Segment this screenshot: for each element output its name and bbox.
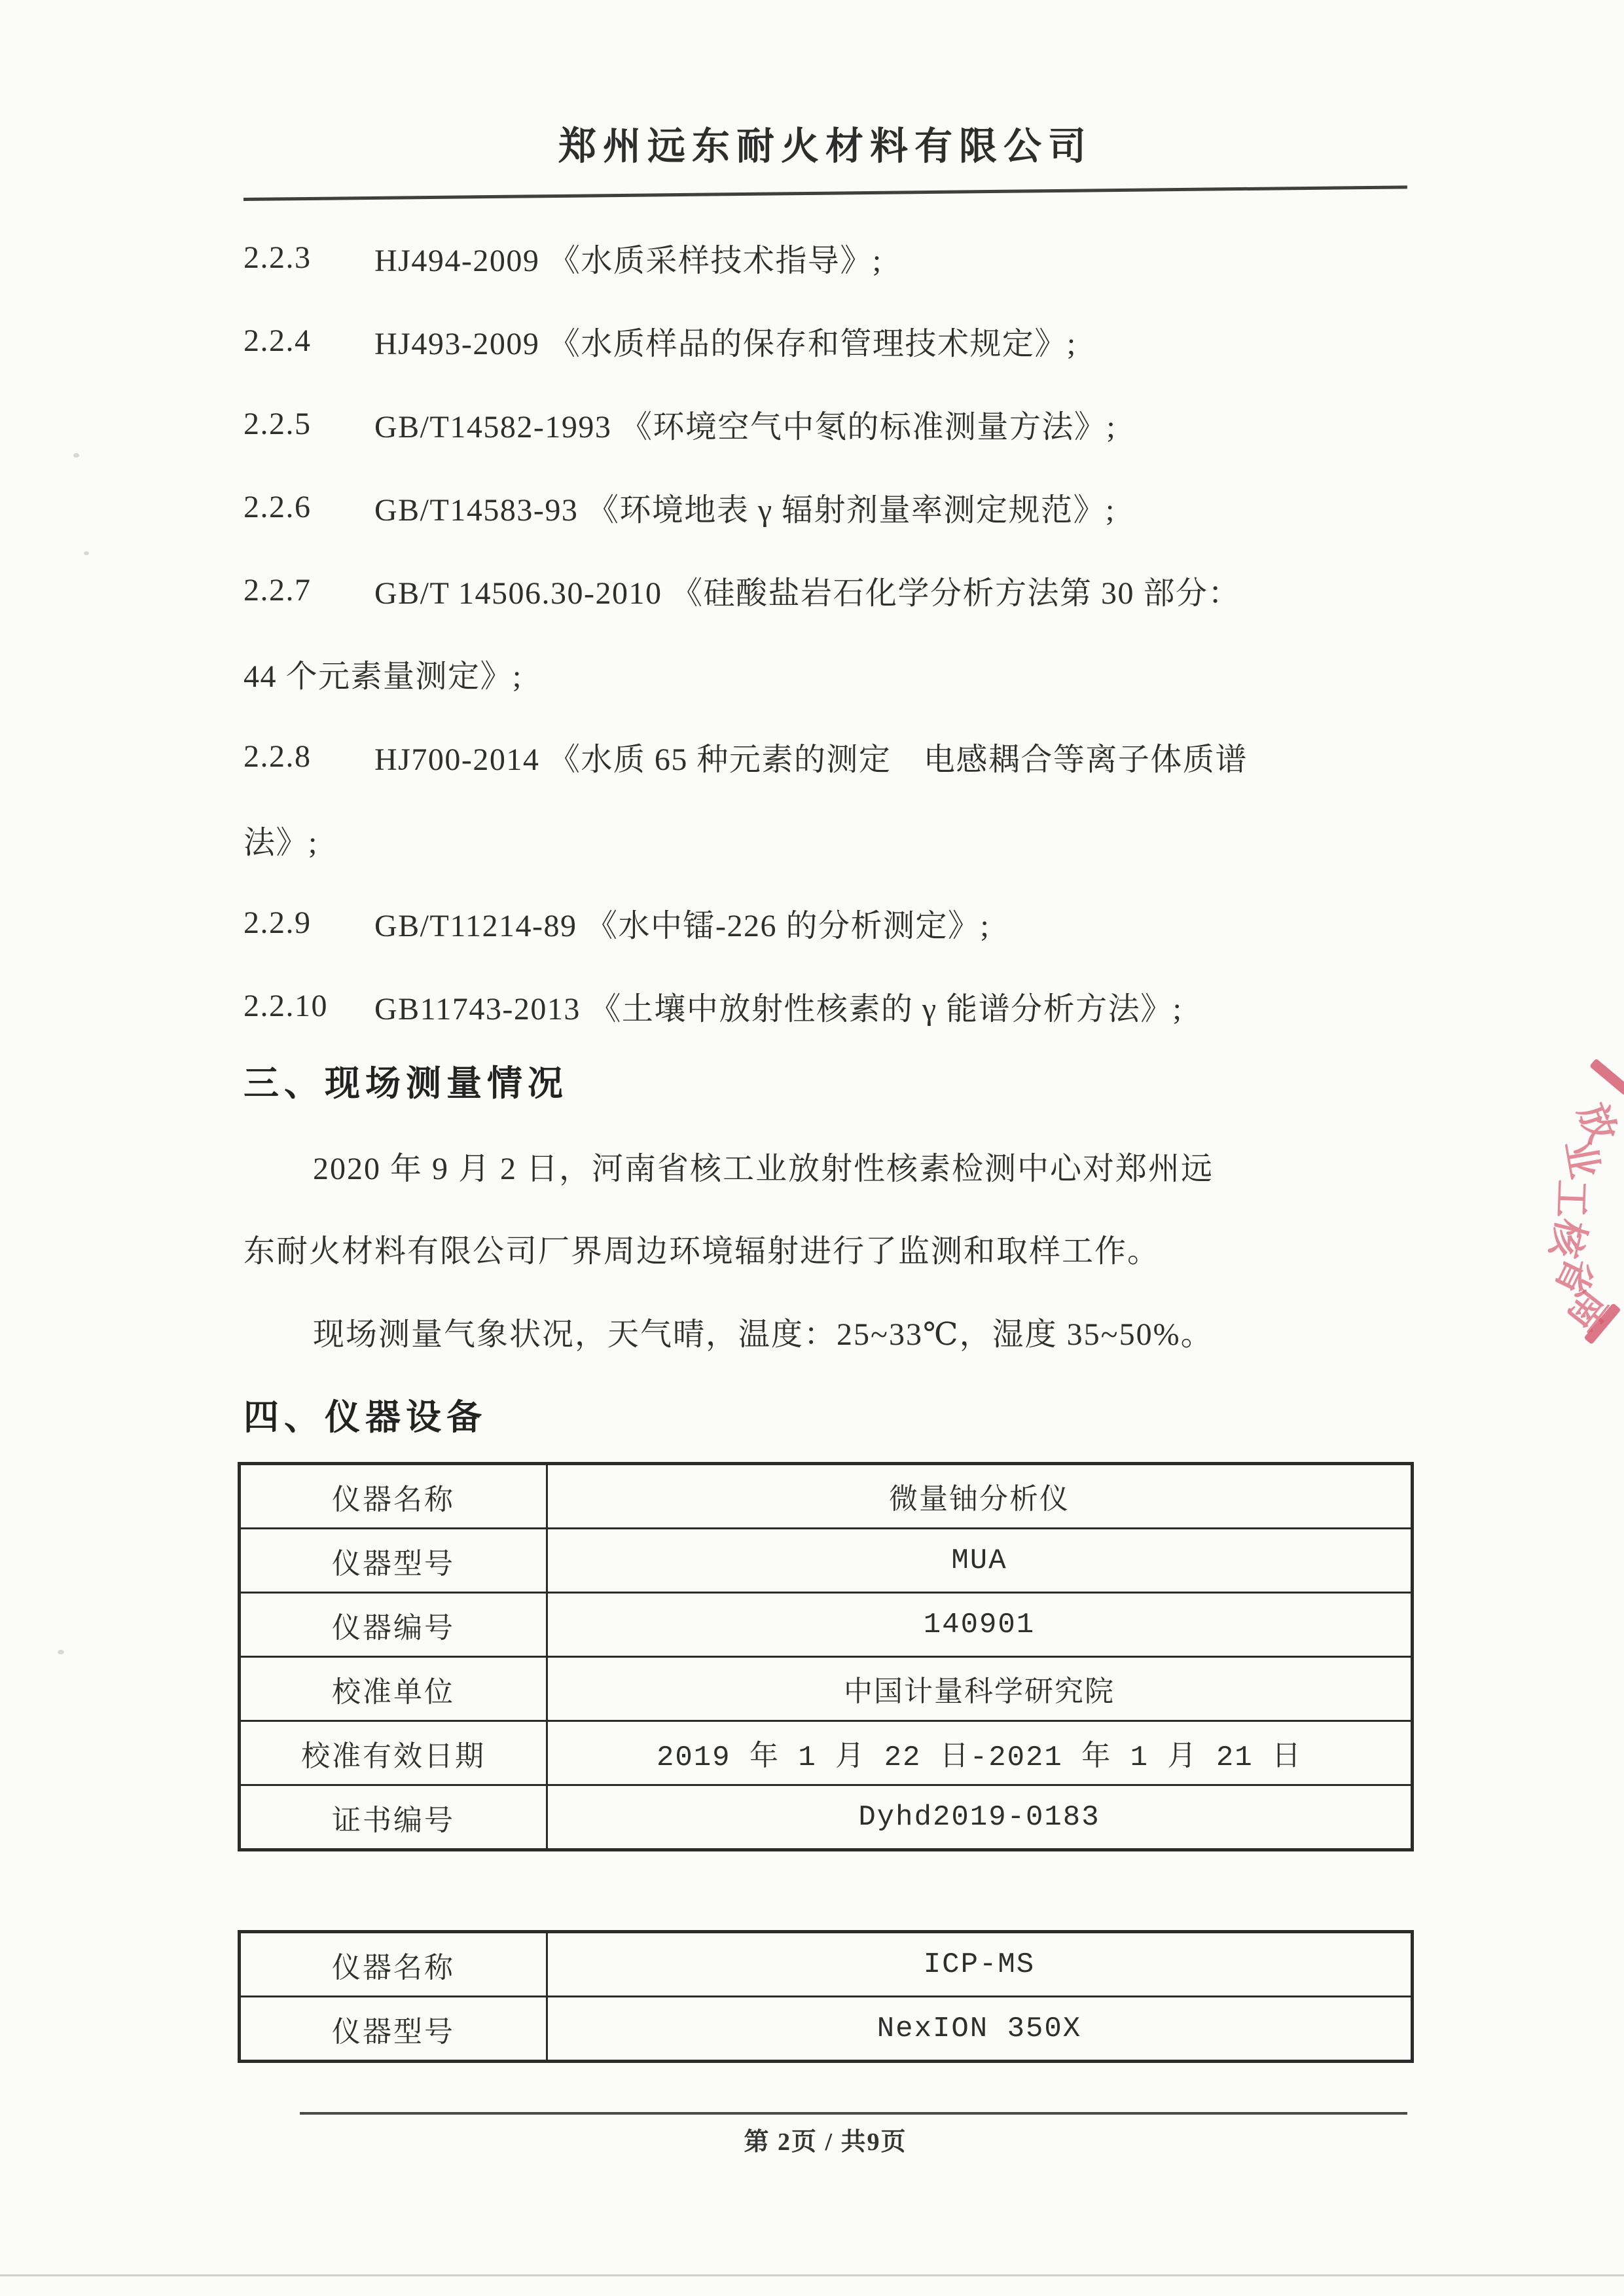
item-text: GB/T11214-89 《水中镭-226 的分析测定》; (374, 900, 990, 945)
standard-item-continuation: 法》; (244, 798, 1422, 881)
table-row: 仪器名称 微量铀分析仪 (240, 1464, 1413, 1529)
item-number: 2.2.7 (244, 572, 374, 608)
standard-item-continuation: 44 个元素量测定》; (244, 632, 1422, 715)
row-value: 中国计量科学研究院 (547, 1657, 1413, 1721)
section4-heading: 四、仪器设备 (244, 1389, 487, 1440)
seal-character: 业 (1555, 1135, 1616, 1182)
item-text: GB11743-2013 《土壤中放射性核素的 γ 能谱分析方法》; (374, 983, 1182, 1029)
item-text: 法》; (244, 817, 318, 862)
row-label: 仪器型号 (240, 1997, 547, 2062)
row-value: Dyhd2019-0183 (547, 1785, 1413, 1850)
item-text: GB/T 14506.30-2010 《硅酸盐岩石化学分析方法第 30 部分： (374, 568, 1240, 613)
table-row: 校准单位 中国计量科学研究院 (240, 1657, 1413, 1721)
table-row: 仪器编号 140901 (240, 1593, 1413, 1657)
item-number: 2.2.5 (244, 406, 374, 442)
row-value: 微量铀分析仪 (547, 1464, 1413, 1529)
row-value: ICP-MS (547, 1932, 1413, 1997)
standards-list: 2.2.3 HJ494-2009 《水质采样技术指导》; 2.2.4 HJ493… (244, 216, 1422, 1048)
standard-item: 2.2.4 HJ493-2009 《水质样品的保存和管理技术规定》; (244, 299, 1422, 382)
item-text: GB/T14582-1993 《环境空气中氡的标准测量方法》; (374, 401, 1116, 446)
item-number: 2.2.4 (244, 323, 374, 359)
table-row: 证书编号 Dyhd2019-0183 (240, 1785, 1413, 1850)
section3-heading: 三、现场测量情况 (244, 1055, 568, 1106)
scan-speck (58, 1650, 64, 1654)
document-page: 郑州远东耐火材料有限公司 2.2.3 HJ494-2009 《水质采样技术指导》… (0, 0, 1624, 2296)
table-row: 仪器名称 ICP-MS (240, 1932, 1413, 1997)
item-number: 2.2.3 (244, 240, 374, 276)
partial-red-seal: 放业工核省南 (1538, 1034, 1624, 1362)
item-number: 2.2.9 (244, 905, 374, 941)
footer-rule (300, 2112, 1407, 2115)
seal-character: 工 (1547, 1179, 1603, 1219)
page-number: 第 2页 / 共9页 (244, 2121, 1407, 2157)
table-row: 仪器型号 NexION 350X (240, 1997, 1413, 2062)
seal-mark (1589, 1058, 1624, 1095)
standard-item: 2.2.6 GB/T14583-93 《环境地表 γ 辐射剂量率测定规范》; (244, 465, 1422, 549)
row-label: 仪器名称 (240, 1464, 547, 1529)
paragraph-line: 东耐火材料有限公司厂界周边环境辐射进行了监测和取样工作。 (244, 1226, 1160, 1271)
scan-speck (84, 551, 89, 555)
standard-item: 2.2.10 GB11743-2013 《土壤中放射性核素的 γ 能谱分析方法》… (244, 964, 1422, 1048)
row-value: NexION 350X (547, 1997, 1413, 2062)
instrument-table-1: 仪器名称 微量铀分析仪 仪器型号 MUA 仪器编号 140901 校准单位 中国… (238, 1462, 1414, 1851)
item-text: GB/T14583-93 《环境地表 γ 辐射剂量率测定规范》; (374, 484, 1115, 530)
item-number: 2.2.10 (244, 988, 374, 1024)
header-rule (244, 185, 1407, 201)
standard-item: 2.2.9 GB/T11214-89 《水中镭-226 的分析测定》; (244, 881, 1422, 964)
standard-item: 2.2.5 GB/T14582-1993 《环境空气中氡的标准测量方法》; (244, 382, 1422, 465)
table-row: 校准有效日期 2019 年 1 月 22 日-2021 年 1 月 21 日 (240, 1721, 1413, 1785)
paragraph-line: 现场测量气象状况，天气晴，温度：25~33℃，湿度 35~50%。 (313, 1309, 1214, 1354)
company-title: 郑州远东耐火材料有限公司 (244, 115, 1407, 170)
row-value: 2019 年 1 月 22 日-2021 年 1 月 21 日 (547, 1721, 1413, 1785)
scan-speck (73, 453, 79, 458)
item-number: 2.2.8 (244, 738, 374, 774)
row-label: 证书编号 (240, 1785, 547, 1850)
item-text: 44 个元素量测定》; (244, 651, 522, 696)
paragraph-line: 2020 年 9 月 2 日，河南省核工业放射性核素检测中心对郑州远 (313, 1143, 1214, 1188)
row-label: 仪器编号 (240, 1593, 547, 1657)
item-text: HJ493-2009 《水质样品的保存和管理技术规定》; (374, 318, 1077, 363)
standard-item: 2.2.7 GB/T 14506.30-2010 《硅酸盐岩石化学分析方法第 3… (244, 549, 1422, 632)
item-text: HJ494-2009 《水质采样技术指导》; (374, 235, 882, 280)
row-value: 140901 (547, 1593, 1413, 1657)
table-row: 仪器型号 MUA (240, 1529, 1413, 1593)
instrument-table-2: 仪器名称 ICP-MS 仪器型号 NexION 350X (238, 1930, 1414, 2063)
row-label: 校准有效日期 (240, 1721, 547, 1785)
row-value: MUA (547, 1529, 1413, 1593)
row-label: 仪器型号 (240, 1529, 547, 1593)
standard-item: 2.2.3 HJ494-2009 《水质采样技术指导》; (244, 216, 1422, 299)
scan-edge-line (0, 2274, 1624, 2276)
standard-item: 2.2.8 HJ700-2014 《水质 65 种元素的测定 电感耦合等离子体质… (244, 715, 1422, 798)
item-number: 2.2.6 (244, 489, 374, 525)
row-label: 校准单位 (240, 1657, 547, 1721)
item-text: HJ700-2014 《水质 65 种元素的测定 电感耦合等离子体质谱 (374, 734, 1248, 779)
row-label: 仪器名称 (240, 1932, 547, 1997)
